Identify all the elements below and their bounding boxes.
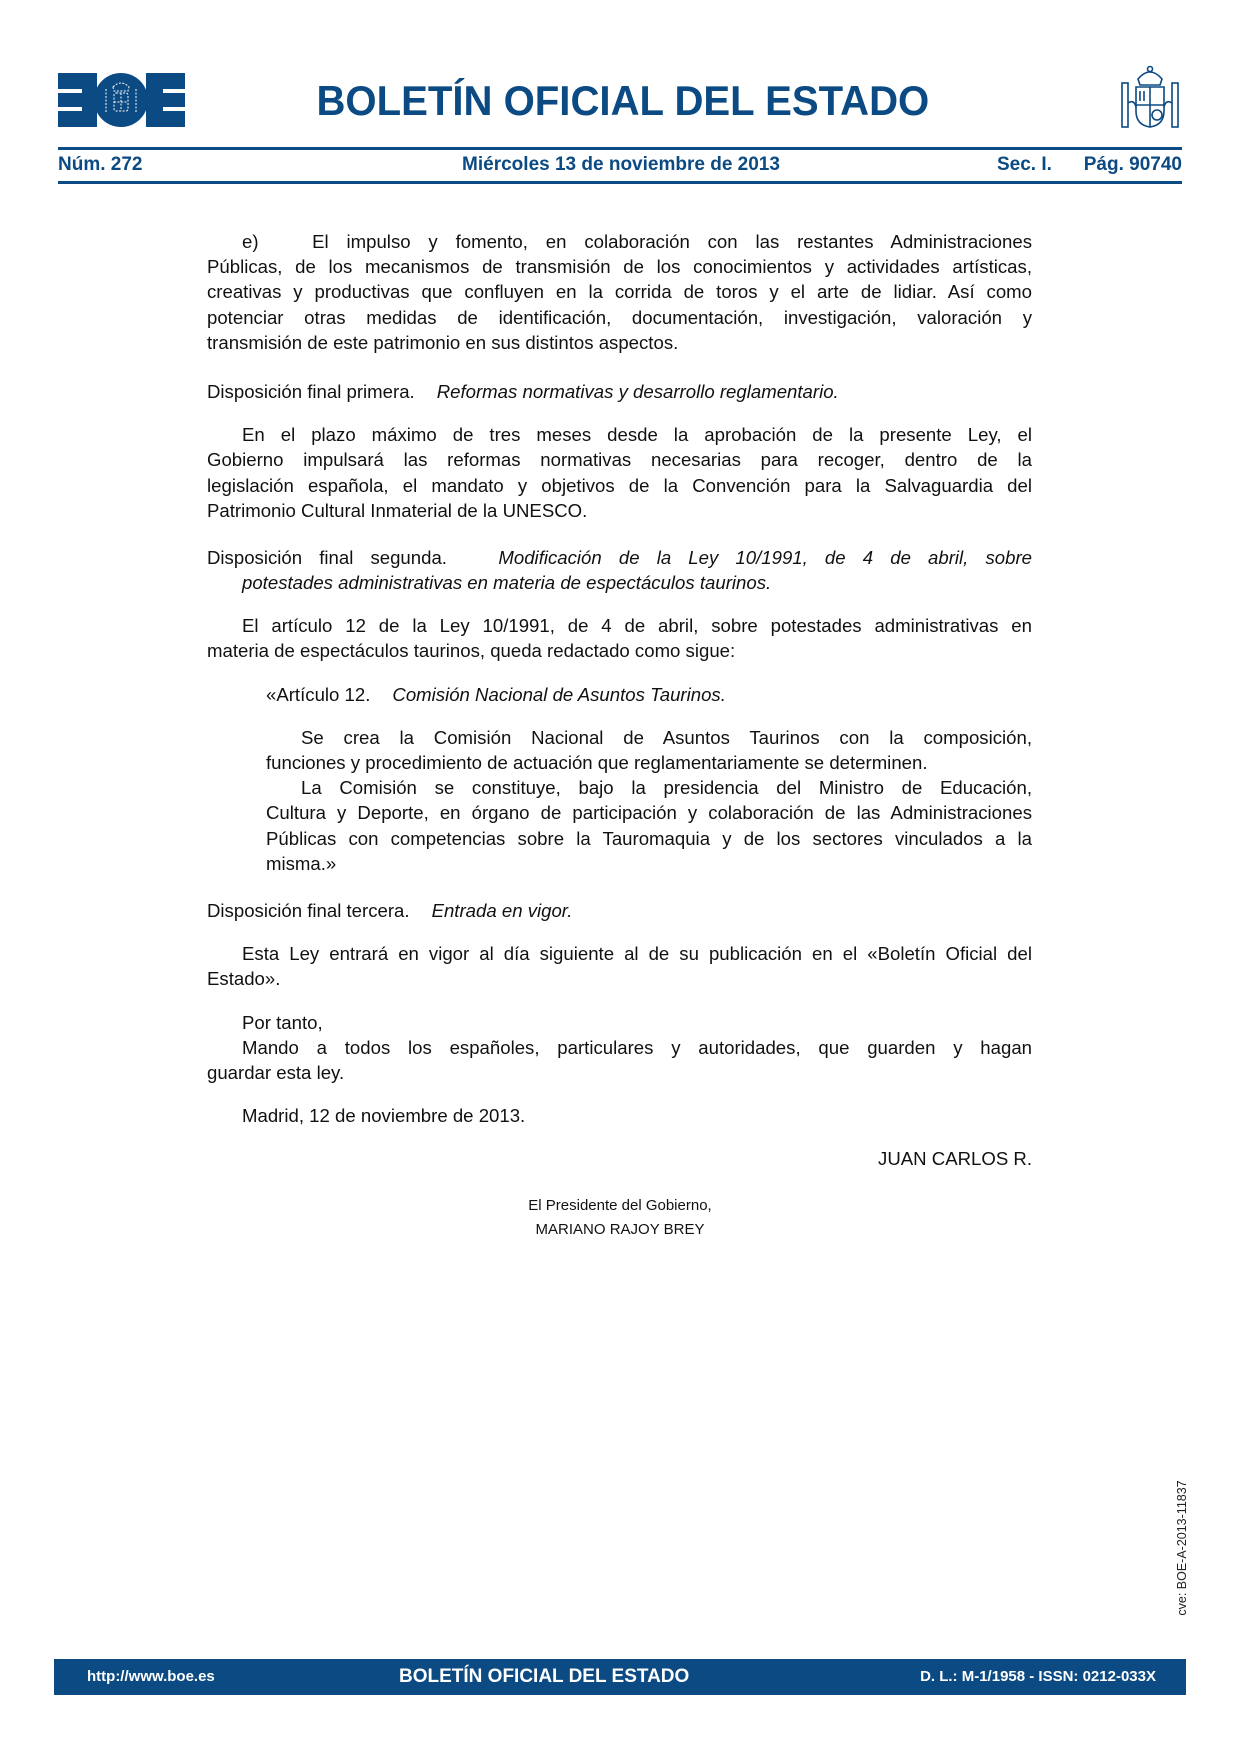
king-signature: JUAN CARLOS R.	[207, 1146, 1032, 1171]
text-line: potenciar otras medidas de identificació…	[207, 305, 1032, 330]
paragraph-disposicion-tercera: Esta Ley entrará en vigor al día siguien…	[207, 941, 1032, 991]
article-label: «Artículo 12.	[266, 684, 370, 705]
text-line: Gobierno impulsará las reformas normativ…	[207, 447, 1032, 472]
heading-articulo-12: «Artículo 12.Comisión Nacional de Asunto…	[266, 682, 1032, 707]
signature-king: JUAN CARLOS R.	[207, 1146, 1032, 1171]
page-title: BOLETÍN OFICIAL DEL ESTADO	[302, 78, 938, 124]
heading-label: Disposición final tercera.	[207, 900, 410, 921]
logo-letter-b	[58, 73, 97, 127]
president-signature: El Presidente del Gobierno, MARIANO RAJO…	[480, 1194, 760, 1242]
text-line: Por tanto,	[207, 1010, 1032, 1035]
text-line: legislación española, el mandato y objet…	[207, 473, 1032, 498]
text-line: misma.»	[266, 851, 1032, 876]
text-line: Estado».	[207, 966, 1032, 991]
footer-title: BOLETÍN OFICIAL DEL ESTADO	[399, 1659, 689, 1695]
signature-name: MARIANO RAJOY BREY	[480, 1218, 760, 1242]
text-line: Patrimonio Cultural Inmaterial de la UNE…	[207, 498, 1032, 523]
quoted-article-text: Se crea la Comisión Nacional de Asuntos …	[266, 725, 1032, 876]
cve-code: cve: BOE-A-2013-11837	[1172, 1470, 1192, 1626]
document-body: e) El impulso y fomento, en colaboración…	[207, 229, 1032, 1171]
paragraph-closing: Por tanto, Mando a todos los españoles, …	[207, 1010, 1032, 1086]
heading-disposicion-tercera: Disposición final tercera.Entrada en vig…	[207, 898, 1032, 923]
place-date: Madrid, 12 de noviembre de 2013.	[207, 1103, 1032, 1128]
paragraph-disposicion-segunda: El artículo 12 de la Ley 10/1991, de 4 d…	[207, 613, 1032, 663]
text-line: creativas y productivas que confluyen en…	[207, 279, 1032, 304]
article-title: Comisión Nacional de Asuntos Taurinos.	[392, 684, 726, 705]
logo-letter-e	[146, 73, 185, 127]
text-line: Públicas con competencias sobre la Tauro…	[266, 826, 1032, 851]
header-rule-bottom	[58, 181, 1182, 184]
boe-logo	[58, 73, 185, 127]
text-line: En el plazo máximo de tres meses desde l…	[207, 422, 1032, 447]
cve-text: cve: BOE-A-2013-11837	[1175, 1480, 1189, 1615]
text-line: Mando a todos los españoles, particulare…	[207, 1035, 1032, 1060]
heading-label: Disposición final primera.	[207, 381, 415, 402]
heading-disposicion-segunda: Disposición final segunda. Modificación …	[207, 545, 1032, 595]
text-line: Se crea la Comisión Nacional de Asuntos …	[266, 725, 1032, 750]
text-line: guardar esta ley.	[207, 1060, 1032, 1085]
heading-title-line2: potestades administrativas en materia de…	[242, 572, 771, 593]
title-text: BOLETÍN OFICIAL DEL ESTADO	[316, 78, 929, 124]
coat-of-arms-icon	[1118, 63, 1182, 131]
text-line: transmisión de este patrimonio en sus di…	[207, 330, 1032, 355]
text-line: materia de espectáculos taurinos, queda …	[207, 638, 1032, 663]
logo-emblem-icon	[94, 73, 148, 127]
text-line: Cultura y Deporte, en órgano de particip…	[266, 800, 1032, 825]
text-line: El artículo 12 de la Ley 10/1991, de 4 d…	[207, 613, 1032, 638]
header-rule-top	[58, 147, 1182, 150]
paragraph-item-e: e) El impulso y fomento, en colaboración…	[207, 229, 1032, 355]
text-line: Esta Ley entrará en vigor al día siguien…	[207, 941, 1032, 966]
heading-disposicion-primera: Disposición final primera.Reformas norma…	[207, 379, 1032, 404]
heading-title: Reformas normativas y desarrollo reglame…	[437, 381, 839, 402]
page-number: Pág. 90740	[1084, 153, 1182, 177]
text-line: funciones y procedimiento de actuación q…	[266, 750, 1032, 775]
text-line: La Comisión se constituye, bajo la presi…	[266, 775, 1032, 800]
footer-url-link[interactable]: http://www.boe.es	[87, 1659, 215, 1695]
heading-title: Entrada en vigor.	[432, 900, 573, 921]
paragraph-disposicion-primera: En el plazo máximo de tres meses desde l…	[207, 422, 1032, 523]
issue-date: Miércoles 13 de noviembre de 2013	[446, 153, 796, 177]
footer-bar: http://www.boe.es BOLETÍN OFICIAL DEL ES…	[54, 1659, 1186, 1695]
heading-title-line1: Modificación de la Ley 10/1991, de 4 de …	[498, 547, 1032, 568]
text-line: e) El impulso y fomento, en colaboración…	[207, 229, 1032, 254]
footer-legal-deposit: D. L.: M-1/1958 - ISSN: 0212-033X	[920, 1659, 1156, 1695]
signature-role: El Presidente del Gobierno,	[480, 1194, 760, 1218]
text-line: Madrid, 12 de noviembre de 2013.	[207, 1103, 1032, 1128]
section-label: Sec. I.	[997, 153, 1052, 177]
text-line: Públicas, de los mecanismos de transmisi…	[207, 254, 1032, 279]
issue-number: Núm. 272	[58, 153, 142, 177]
heading-label: Disposición final segunda.	[207, 547, 447, 568]
